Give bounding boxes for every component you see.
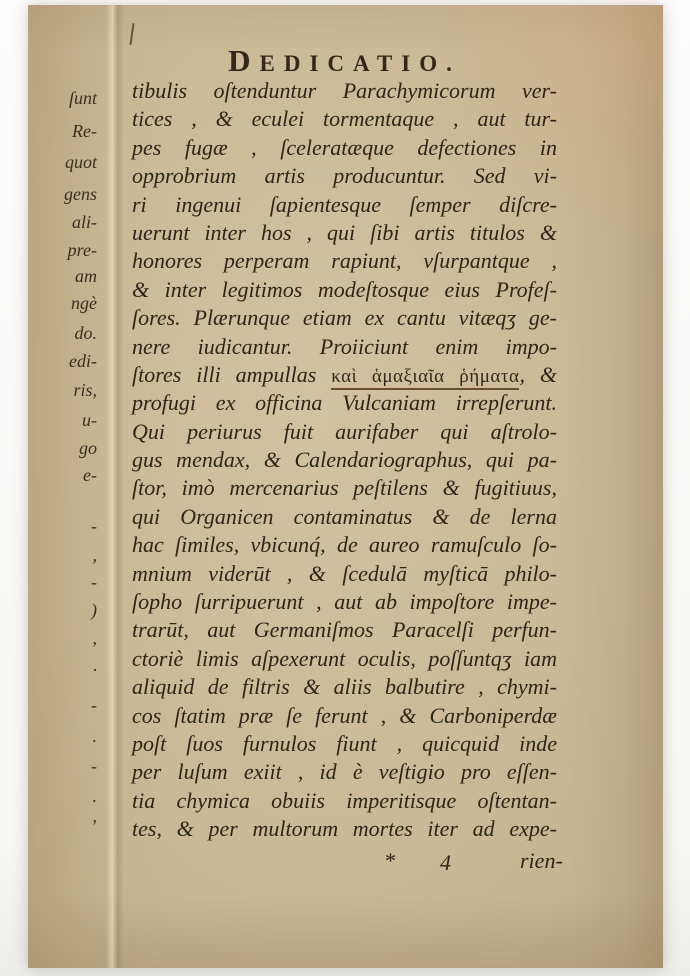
text-segment: & inter legitimos modeſtosque eius Profe… — [132, 277, 557, 302]
margin-note: - — [91, 756, 97, 777]
text-line: tibulis oſtenduntur Parachymicorum ver- — [132, 77, 557, 105]
text-segment: ſores. Plærunque etiam ex cantu vitæqʒ g… — [132, 305, 557, 330]
margin-note: . — [93, 786, 98, 807]
text-segment: poſt ſuos furnulos fiunt , quicquid inde — [132, 731, 557, 756]
margin-note: pre- — [68, 240, 97, 261]
text-line: trarūt, aut Germaniſmos Paracelſi perfun… — [132, 616, 557, 644]
margin-note: e- — [83, 465, 97, 486]
margin-note: , — [93, 545, 98, 566]
text-segment: per luſum exiit , id è veſtigio pro eſſe… — [132, 759, 557, 784]
text-segment: mnium viderūt , & ſcedulā myſticā philo- — [132, 561, 557, 586]
margin-note: ngè — [71, 293, 97, 314]
margin-note: quot — [65, 152, 97, 173]
text-line: qui Organicen contaminatus & de lerna — [132, 503, 557, 531]
margin-note: ris, — [73, 380, 97, 401]
text-segment: ctoriè limis aſpexerunt oculis, poſſuntq… — [132, 646, 557, 671]
text-line: uerunt inter hos , qui ſibi artis titulo… — [132, 219, 557, 247]
text-segment: aliquid de filtris & aliis balbutire , c… — [132, 674, 557, 699]
margin-note: . — [93, 726, 98, 747]
margin-note: go — [79, 438, 97, 459]
margin-note: ali- — [72, 212, 97, 233]
text-segment: ri ingenui ſapientesque ſemper diſcre- — [132, 192, 557, 217]
body-text: tibulis oſtenduntur Parachymicorum ver-t… — [132, 77, 557, 844]
margin-note: ſunt — [69, 88, 97, 109]
margin-note: edi- — [69, 351, 97, 372]
signature-mark: * — [385, 848, 396, 874]
text-line: honores perperam rapiunt, vſurpantque , — [132, 247, 557, 275]
text-segment: Qui periurus fuit aurifaber qui aſtrolo- — [132, 419, 557, 444]
text-segment: opprobrium artis producuntur. Sed vi- — [132, 163, 557, 188]
text-line: ſopho ſurripuerunt , aut ab impoſtore im… — [132, 588, 557, 616]
text-segment: qui Organicen contaminatus & de lerna — [132, 504, 557, 529]
text-line: mnium viderūt , & ſcedulā myſticā philo- — [132, 560, 557, 588]
text-line: nere iudicantur. Proiiciunt enim impo- — [132, 333, 557, 361]
text-line: hac ſimiles, vbicunq́, de aureo ramuſcul… — [132, 531, 557, 559]
running-title: DEDICATIO. — [132, 43, 557, 79]
margin-note: am — [75, 266, 97, 287]
text-line: aliquid de filtris & aliis balbutire , c… — [132, 673, 557, 701]
margin-note: , — [93, 806, 98, 827]
margin-note: Re- — [72, 121, 97, 142]
text-segment: tia chymica obuiis imperitisque oſtentan… — [132, 788, 557, 813]
margin-note: gens — [64, 184, 97, 205]
text-line: & inter legitimos modeſtosque eius Profe… — [132, 276, 557, 304]
greek-phrase: καὶ ἁμαξιαῖα ῥήματα — [331, 366, 519, 390]
text-segment: ſopho ſurripuerunt , aut ab impoſtore im… — [132, 589, 557, 614]
photo-backdrop: DEDICATIO. ſuntRe-quotgensali-pre-amngèd… — [0, 0, 690, 976]
margin-note: u- — [82, 410, 97, 431]
text-segment: , & — [519, 362, 557, 387]
text-segment: nere iudicantur. Proiiciunt enim impo- — [132, 334, 557, 359]
margin-notes: ſuntRe-quotgensali-pre-amngèdo.edi-ris,u… — [28, 5, 100, 968]
text-segment: ſtor, imò mercenarius peſtilens & fugiti… — [132, 475, 557, 500]
text-segment: pes fugæ , ſceleratæque defectiones in — [132, 135, 557, 160]
text-segment: tibulis oſtenduntur Parachymicorum ver- — [132, 78, 557, 103]
page-scan: DEDICATIO. ſuntRe-quotgensali-pre-amngèd… — [28, 5, 663, 968]
margin-note: - — [91, 572, 97, 593]
text-segment: profugi ex officina Vulcaniam irrepſerun… — [132, 390, 557, 415]
text-line: tes, & per multorum mortes iter ad expe- — [132, 815, 557, 843]
text-segment: tes, & per multorum mortes iter ad expe- — [132, 816, 557, 841]
text-line: per luſum exiit , id è veſtigio pro eſſe… — [132, 758, 557, 786]
text-line: pes fugæ , ſceleratæque defectiones in — [132, 134, 557, 162]
text-line: poſt ſuos furnulos fiunt , quicquid inde — [132, 730, 557, 758]
text-segment: cos ſtatim præ ſe ferunt , & Carboniperd… — [132, 703, 557, 728]
text-segment: hac ſimiles, vbicunq́, de aureo ramuſcul… — [132, 532, 557, 557]
signature-number: 4 — [440, 850, 451, 876]
text-segment: honores perperam rapiunt, vſurpantque , — [132, 248, 557, 273]
text-line: ctoriè limis aſpexerunt oculis, poſſuntq… — [132, 645, 557, 673]
text-line: tia chymica obuiis imperitisque oſtentan… — [132, 787, 557, 815]
text-segment: ſtores illi ampullas — [132, 362, 331, 387]
text-line: ſtor, imò mercenarius peſtilens & fugiti… — [132, 474, 557, 502]
text-segment: trarūt, aut Germaniſmos Paracelſi perfun… — [132, 617, 557, 642]
text-line: tices , & eculei tormentaque , aut tur- — [132, 105, 557, 133]
signature-line: * 4 rien- — [132, 848, 557, 878]
text-line: Qui periurus fuit aurifaber qui aſtrolo- — [132, 418, 557, 446]
ink-scratch-mark — [129, 23, 134, 45]
text-line: gus mendax, & Calendariographus, qui pa- — [132, 446, 557, 474]
margin-note: ) — [91, 600, 97, 621]
margin-note: - — [91, 516, 97, 537]
text-segment: tices , & eculei tormentaque , aut tur- — [132, 106, 557, 131]
text-segment: uerunt inter hos , qui ſibi artis titulo… — [132, 220, 557, 245]
text-line: ri ingenui ſapientesque ſemper diſcre- — [132, 191, 557, 219]
text-line: opprobrium artis producuntur. Sed vi- — [132, 162, 557, 190]
text-segment: gus mendax, & Calendariographus, qui pa- — [132, 447, 557, 472]
text-line: cos ſtatim præ ſe ferunt , & Carboniperd… — [132, 702, 557, 730]
margin-note: do. — [75, 323, 98, 344]
text-line: ſtores illi ampullas καὶ ἁμαξιαῖα ῥήματα… — [132, 361, 557, 389]
margin-note: - — [91, 695, 97, 716]
catchword: rien- — [520, 848, 563, 874]
margin-note: , — [93, 628, 98, 649]
page-fold — [106, 5, 124, 968]
text-line: ſores. Plærunque etiam ex cantu vitæqʒ g… — [132, 304, 557, 332]
text-line: profugi ex officina Vulcaniam irrepſerun… — [132, 389, 557, 417]
margin-note: · — [93, 660, 98, 681]
